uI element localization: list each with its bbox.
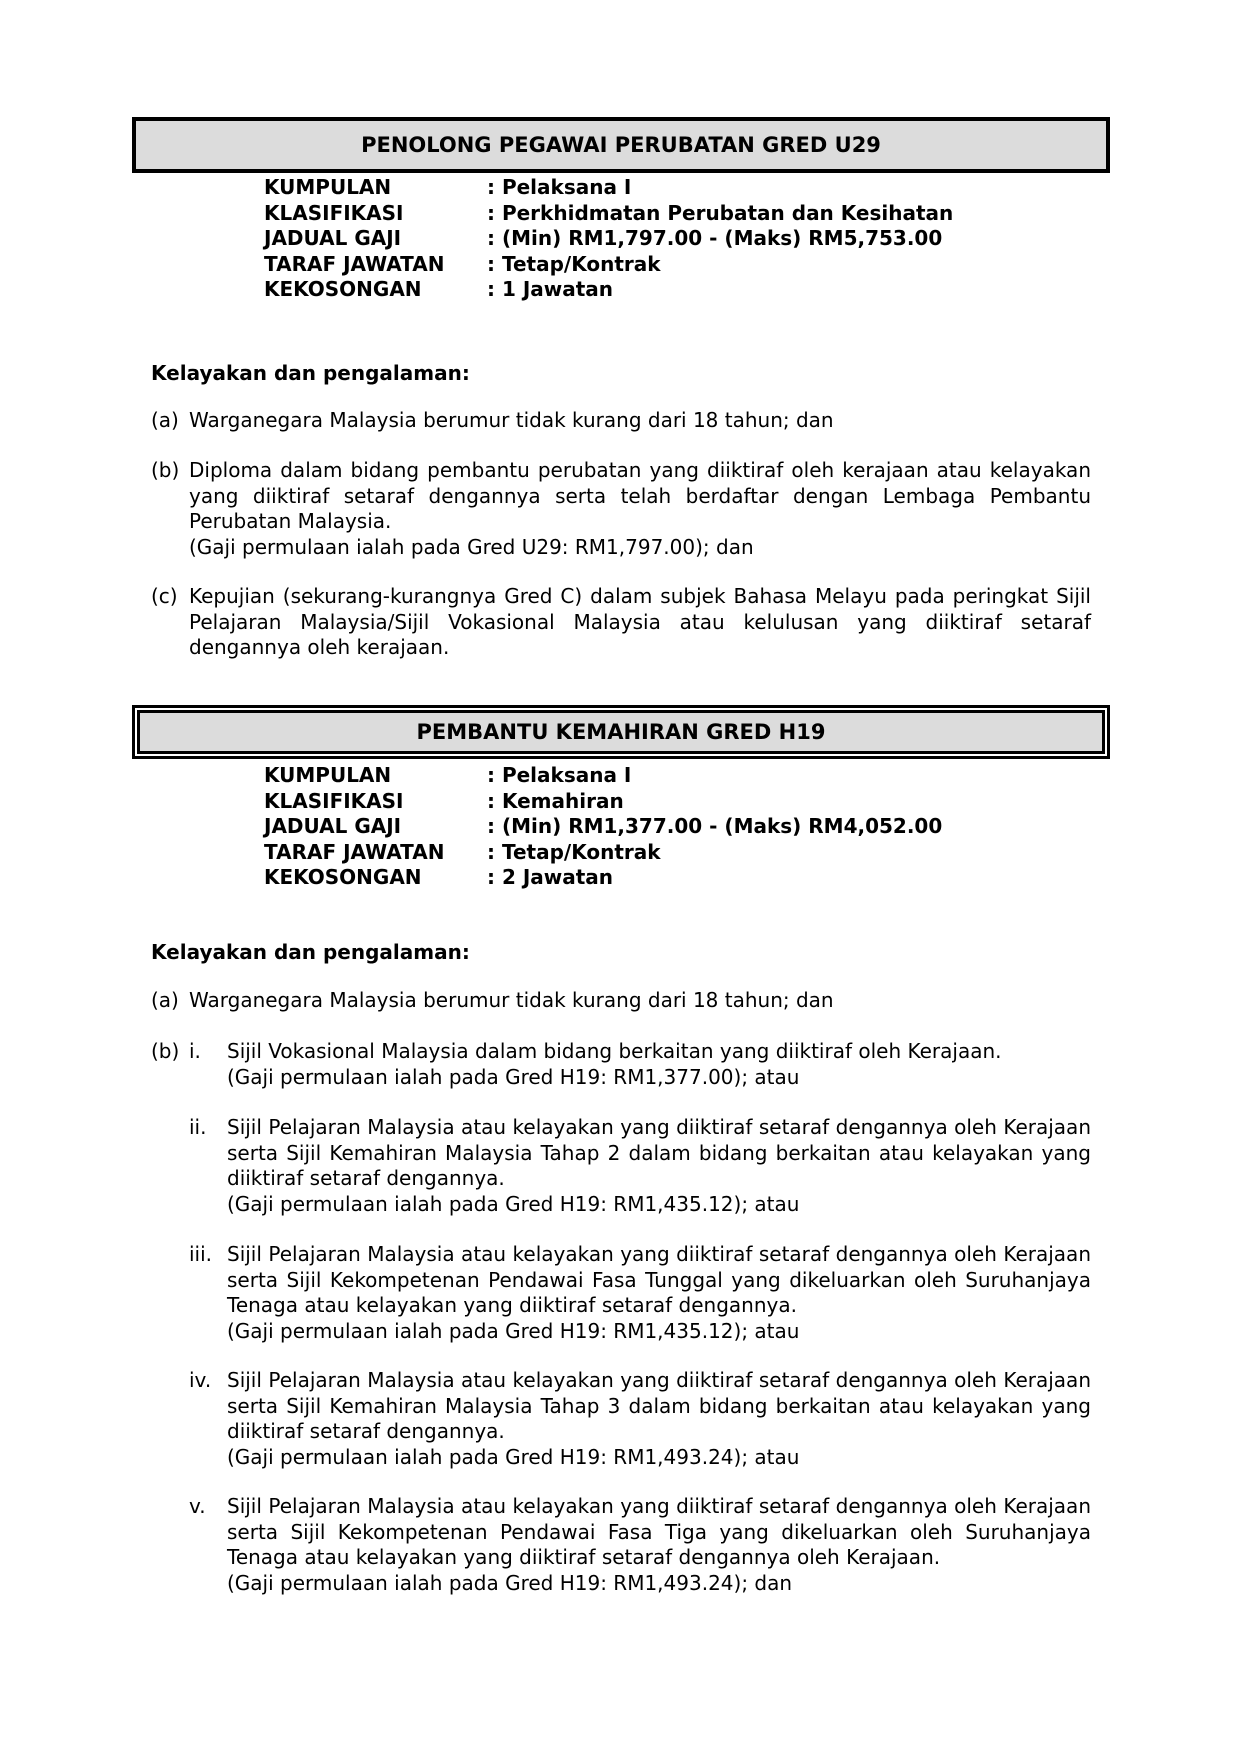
item-marker: (a)	[151, 408, 189, 434]
qualifications-heading: Kelayakan dan pengalaman:	[151, 940, 470, 964]
info-value: : Kemahiran	[487, 789, 624, 815]
qualification-subitem-v: v. Sijil Pelajaran Malaysia atau kelayak…	[151, 1494, 1091, 1596]
info-label: JADUAL GAJI	[264, 226, 487, 252]
qualification-subitem-i: (b) i. Sijil Vokasional Malaysia dalam b…	[151, 1039, 1091, 1090]
info-value: : Perkhidmatan Perubatan dan Kesihatan	[487, 201, 953, 227]
subitem-salary: (Gaji permulaan ialah pada Gred H19: RM1…	[227, 1445, 1091, 1471]
subitem-text: Sijil Pelajaran Malaysia atau kelayakan …	[227, 1368, 1091, 1445]
item-text: Warganegara Malaysia berumur tidak kuran…	[189, 988, 1091, 1014]
info-value: : 1 Jawatan	[487, 277, 613, 303]
info-value: : Tetap/Kontrak	[487, 840, 661, 866]
info-row-taraf-jawatan: TARAF JAWATAN : Tetap/Kontrak	[264, 252, 953, 278]
subitem-text: Sijil Pelajaran Malaysia atau kelayakan …	[227, 1494, 1091, 1571]
subitem-marker: i.	[189, 1039, 227, 1090]
info-label: TARAF JAWATAN	[264, 840, 487, 866]
info-label: KLASIFIKASI	[264, 201, 487, 227]
qualification-item-b: (b) Diploma dalam bidang pembantu peruba…	[151, 458, 1091, 560]
subitem-text: Sijil Pelajaran Malaysia atau kelayakan …	[227, 1242, 1091, 1319]
info-label: KLASIFIKASI	[264, 789, 487, 815]
subitem-salary: (Gaji permulaan ialah pada Gred H19: RM1…	[227, 1192, 1091, 1218]
info-value: : Pelaksana I	[487, 175, 631, 201]
info-label: KEKOSONGAN	[264, 277, 487, 303]
info-value: : (Min) RM1,797.00 - (Maks) RM5,753.00	[487, 226, 942, 252]
section-title: PEMBANTU KEMAHIRAN GRED H19	[417, 720, 826, 744]
subitem-marker: iv.	[189, 1368, 227, 1470]
qualification-item-a: (a) Warganegara Malaysia berumur tidak k…	[151, 408, 1091, 434]
section-title: PENOLONG PEGAWAI PERUBATAN GRED U29	[361, 133, 881, 157]
info-value: : 2 Jawatan	[487, 865, 613, 891]
info-row-klasifikasi: KLASIFIKASI : Perkhidmatan Perubatan dan…	[264, 201, 953, 227]
item-text: Warganegara Malaysia berumur tidak kuran…	[189, 408, 1091, 434]
item-marker: (a)	[151, 988, 189, 1014]
item-text: Diploma dalam bidang pembantu perubatan …	[189, 458, 1091, 535]
info-row-kumpulan: KUMPULAN : Pelaksana I	[264, 175, 953, 201]
job-info-table: KUMPULAN : Pelaksana I KLASIFIKASI : Kem…	[264, 763, 942, 891]
info-row-kekosongan: KEKOSONGAN : 1 Jawatan	[264, 277, 953, 303]
subitem-salary: (Gaji permulaan ialah pada Gred H19: RM1…	[227, 1571, 1091, 1597]
qualification-item-c: (c) Kepujian (sekurang-kurangnya Gred C)…	[151, 584, 1091, 661]
document-page: PENOLONG PEGAWAI PERUBATAN GRED U29 KUMP…	[0, 0, 1241, 1753]
info-label: KUMPULAN	[264, 175, 487, 201]
qualification-subitem-iv: iv. Sijil Pelajaran Malaysia atau kelaya…	[151, 1368, 1091, 1470]
item-marker: (c)	[151, 584, 189, 661]
item-marker: (b)	[151, 458, 189, 560]
qualification-subitem-iii: iii. Sijil Pelajaran Malaysia atau kelay…	[151, 1242, 1091, 1344]
info-value: : (Min) RM1,377.00 - (Maks) RM4,052.00	[487, 814, 942, 840]
section-title-box: PENOLONG PEGAWAI PERUBATAN GRED U29	[132, 117, 1110, 173]
subitem-marker: iii.	[189, 1242, 227, 1344]
info-row-jadual-gaji: JADUAL GAJI : (Min) RM1,377.00 - (Maks) …	[264, 814, 942, 840]
subitem-marker: v.	[189, 1494, 227, 1596]
info-label: TARAF JAWATAN	[264, 252, 487, 278]
job-info-table: KUMPULAN : Pelaksana I KLASIFIKASI : Per…	[264, 175, 953, 303]
qualification-subitem-ii: ii. Sijil Pelajaran Malaysia atau kelaya…	[151, 1115, 1091, 1217]
subitem-text: Sijil Vokasional Malaysia dalam bidang b…	[227, 1039, 1091, 1065]
item-marker: (b)	[151, 1039, 189, 1090]
qualifications-heading: Kelayakan dan pengalaman:	[151, 361, 470, 385]
item-text: Kepujian (sekurang-kurangnya Gred C) dal…	[189, 584, 1091, 661]
info-row-kumpulan: KUMPULAN : Pelaksana I	[264, 763, 942, 789]
item-salary: (Gaji permulaan ialah pada Gred U29: RM1…	[189, 535, 1091, 561]
info-label: JADUAL GAJI	[264, 814, 487, 840]
info-label: KEKOSONGAN	[264, 865, 487, 891]
info-row-taraf-jawatan: TARAF JAWATAN : Tetap/Kontrak	[264, 840, 942, 866]
info-label: KUMPULAN	[264, 763, 487, 789]
qualification-item-a: (a) Warganegara Malaysia berumur tidak k…	[151, 988, 1091, 1014]
subitem-marker: ii.	[189, 1115, 227, 1217]
subitem-salary: (Gaji permulaan ialah pada Gred H19: RM1…	[227, 1065, 1091, 1091]
info-value: : Tetap/Kontrak	[487, 252, 661, 278]
subitem-text: Sijil Pelajaran Malaysia atau kelayakan …	[227, 1115, 1091, 1192]
info-row-jadual-gaji: JADUAL GAJI : (Min) RM1,797.00 - (Maks) …	[264, 226, 953, 252]
info-row-klasifikasi: KLASIFIKASI : Kemahiran	[264, 789, 942, 815]
subitem-salary: (Gaji permulaan ialah pada Gred H19: RM1…	[227, 1319, 1091, 1345]
section-title-box: PEMBANTU KEMAHIRAN GRED H19	[132, 705, 1110, 759]
info-row-kekosongan: KEKOSONGAN : 2 Jawatan	[264, 865, 942, 891]
info-value: : Pelaksana I	[487, 763, 631, 789]
